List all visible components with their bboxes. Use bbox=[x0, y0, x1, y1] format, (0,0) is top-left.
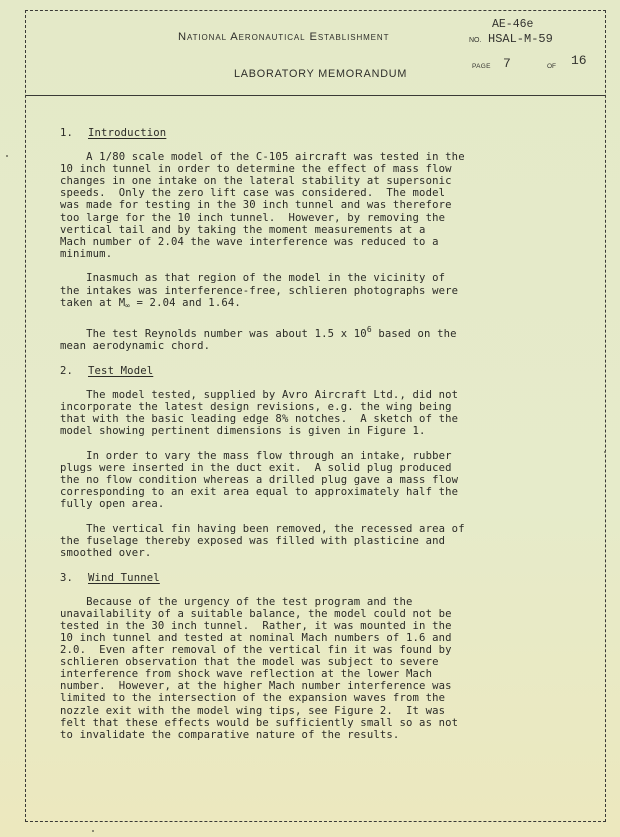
text-line: that with the basic leading edge 8% notc… bbox=[60, 413, 580, 425]
text-line: the intakes was interference-free, schli… bbox=[60, 285, 580, 297]
scan-speck bbox=[92, 830, 94, 832]
text-line: Mach number of 2.04 the wave interferenc… bbox=[60, 236, 580, 248]
text-line: Inasmuch as that region of the model in … bbox=[60, 272, 580, 284]
doc-number: HSAL-M-59 bbox=[488, 32, 553, 46]
text-line: was made for testing in the 30 inch tunn… bbox=[60, 199, 580, 211]
paragraph: Inasmuch as that region of the model in … bbox=[60, 272, 580, 311]
text-line: changes in one intake on the lateral sta… bbox=[60, 175, 580, 187]
section-number: 2. bbox=[60, 365, 88, 377]
text-line: The vertical fin having been removed, th… bbox=[60, 523, 580, 535]
text-line: to invalidate the comparative nature of … bbox=[60, 729, 580, 741]
section-number: 3. bbox=[60, 572, 88, 584]
text-line: number. However, at the higher Mach numb… bbox=[60, 680, 580, 692]
memo-body: 1.Introduction A 1/80 scale model of the… bbox=[60, 127, 580, 753]
text-line: too large for the 10 inch tunnel. Howeve… bbox=[60, 212, 580, 224]
text-fragment: taken at M bbox=[60, 297, 125, 309]
organization-name: National Aeronautical Establishment bbox=[178, 31, 389, 43]
number-label: NO. bbox=[469, 37, 481, 44]
text-line: nozzle exit with the model wing tips, se… bbox=[60, 705, 580, 717]
paragraph: In order to vary the mass flow through a… bbox=[60, 450, 580, 510]
paragraph: The test Reynolds number was about 1.5 x… bbox=[60, 324, 580, 352]
text-fragment: = 2.04 and 1.64. bbox=[130, 297, 241, 309]
paragraph: Because of the urgency of the test progr… bbox=[60, 596, 580, 741]
section-heading-introduction: 1.Introduction bbox=[60, 127, 580, 139]
text-line: incorporate the latest design revisions,… bbox=[60, 401, 580, 413]
page-label: PAGE bbox=[472, 63, 491, 70]
memo-type: LABORATORY MEMORANDUM bbox=[234, 68, 407, 80]
section-heading-test-model: 2.Test Model bbox=[60, 365, 580, 377]
text-line: A 1/80 scale model of the C-105 aircraft… bbox=[60, 151, 580, 163]
section-title: Test Model bbox=[88, 365, 153, 377]
text-line: the no flow condition whereas a drilled … bbox=[60, 474, 580, 486]
text-line: The model tested, supplied by Avro Aircr… bbox=[60, 389, 580, 401]
text-line: taken at M∞ = 2.04 and 1.64. bbox=[60, 297, 580, 312]
text-line: smoothed over. bbox=[60, 547, 580, 559]
text-line: In order to vary the mass flow through a… bbox=[60, 450, 580, 462]
text-line: model showing pertinent dimensions is gi… bbox=[60, 425, 580, 437]
text-line: felt that these effects would be suffici… bbox=[60, 717, 580, 729]
text-line: interference from shock wave reflection … bbox=[60, 668, 580, 680]
scan-speck bbox=[6, 155, 8, 157]
text-line: corresponding to an exit area equal to a… bbox=[60, 486, 580, 498]
text-line: Because of the urgency of the test progr… bbox=[60, 596, 580, 608]
section-title: Introduction bbox=[88, 127, 166, 139]
paragraph: The model tested, supplied by Avro Aircr… bbox=[60, 389, 580, 437]
section-title: Wind Tunnel bbox=[88, 572, 160, 584]
page-total: 16 bbox=[571, 53, 587, 68]
text-line: minimum. bbox=[60, 248, 580, 260]
text-line: speeds. Only the zero lift case was cons… bbox=[60, 187, 580, 199]
text-line: The test Reynolds number was about 1.5 x… bbox=[60, 324, 580, 340]
text-line: unavailability of a suitable balance, th… bbox=[60, 608, 580, 620]
text-fragment: The test Reynolds number was about 1.5 x… bbox=[60, 328, 367, 340]
text-line: fully open area. bbox=[60, 498, 580, 510]
text-line: the fuselage thereby exposed was filled … bbox=[60, 535, 580, 547]
text-line: limited to the intersection of the expan… bbox=[60, 692, 580, 704]
doc-ref-top: AE-46e bbox=[492, 18, 533, 31]
paragraph: A 1/80 scale model of the C-105 aircraft… bbox=[60, 151, 580, 260]
scan-speck bbox=[604, 451, 606, 453]
page-number: 7 bbox=[503, 56, 511, 71]
of-label: OF bbox=[547, 63, 556, 70]
text-line: vertical tail and by taking the moment m… bbox=[60, 224, 580, 236]
text-line: 2.0. Even after removal of the vertical … bbox=[60, 644, 580, 656]
paragraph: The vertical fin having been removed, th… bbox=[60, 523, 580, 559]
text-line: plugs were inserted in the duct exit. A … bbox=[60, 462, 580, 474]
text-line: mean aerodynamic chord. bbox=[60, 340, 580, 352]
text-line: 10 inch tunnel and tested at nominal Mac… bbox=[60, 632, 580, 644]
text-line: 10 inch tunnel in order to determine the… bbox=[60, 163, 580, 175]
text-line: schlieren observation that the model was… bbox=[60, 656, 580, 668]
section-number: 1. bbox=[60, 127, 88, 139]
text-fragment: based on the bbox=[372, 328, 457, 340]
text-line: tested in the 30 inch tunnel. Rather, it… bbox=[60, 620, 580, 632]
memo-header: National Aeronautical Establishment LABO… bbox=[26, 11, 605, 96]
section-heading-wind-tunnel: 3.Wind Tunnel bbox=[60, 572, 580, 584]
